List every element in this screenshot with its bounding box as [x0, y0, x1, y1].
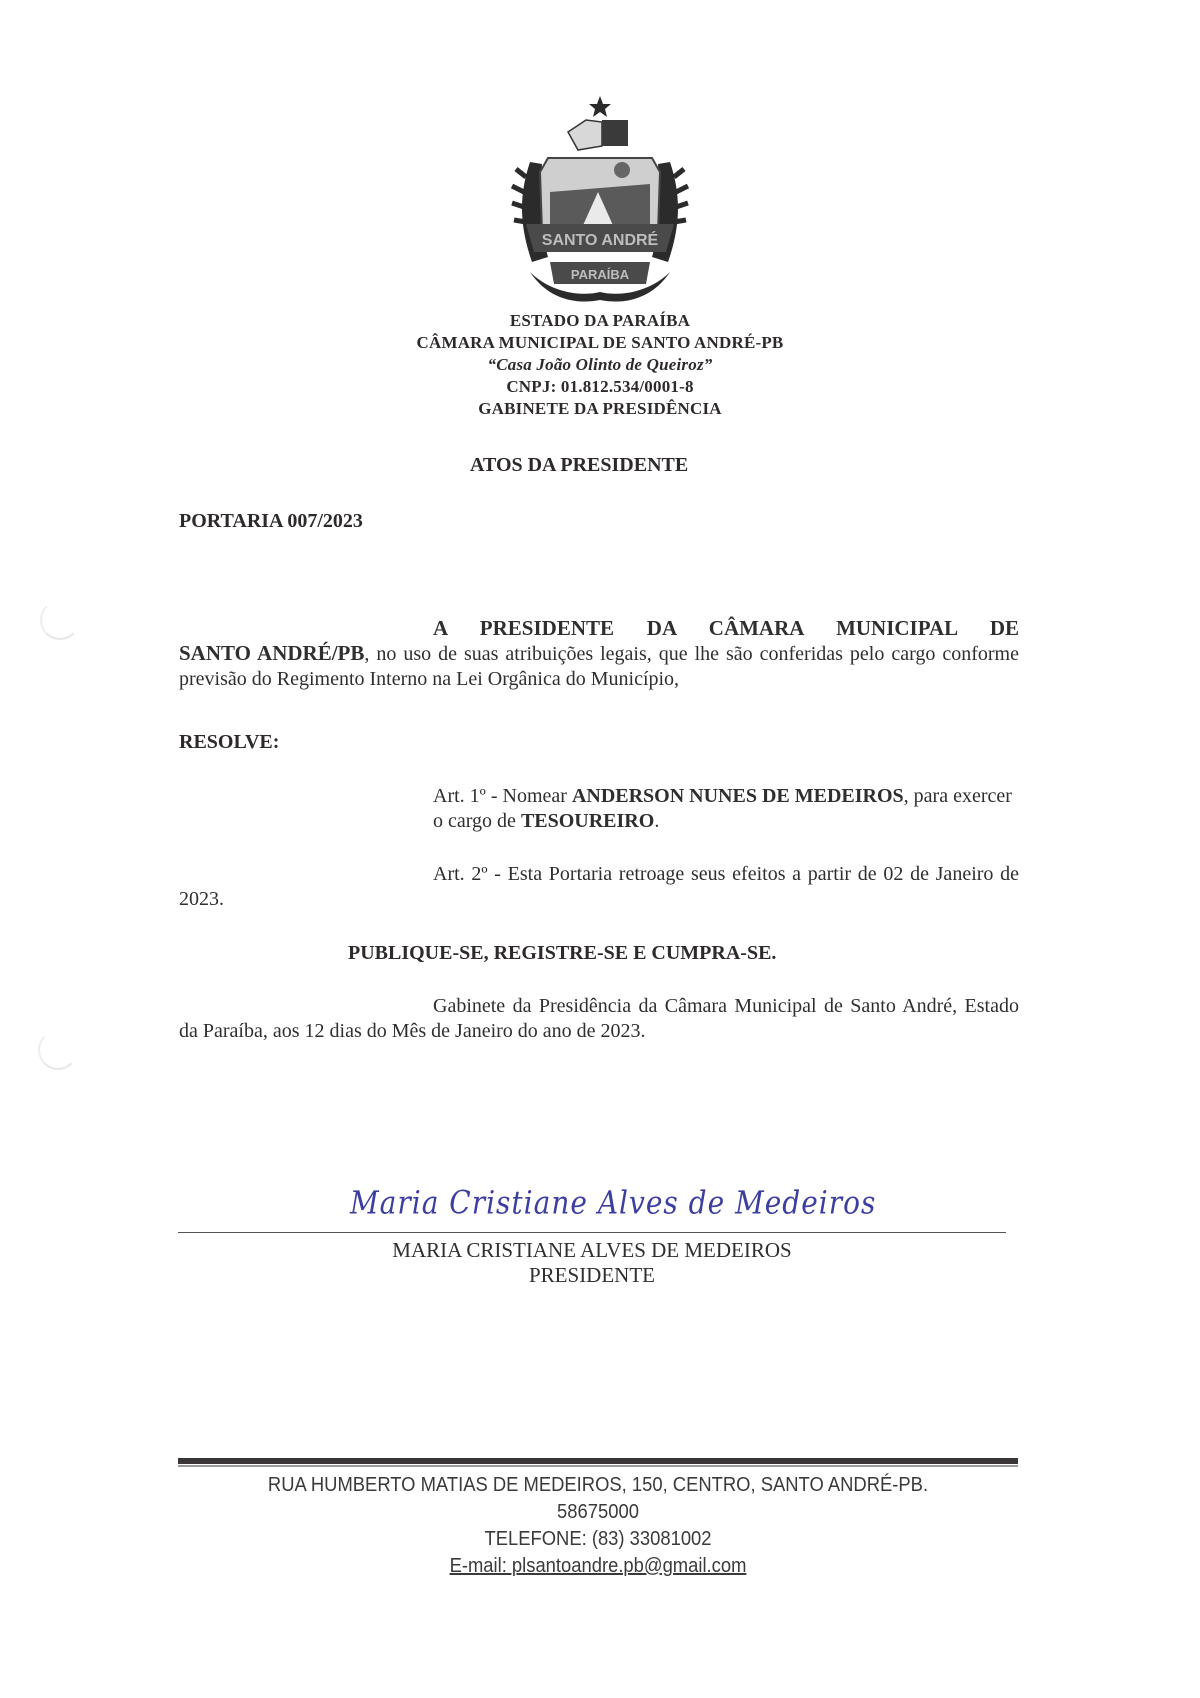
footer-divider — [178, 1458, 1018, 1464]
office-name: GABINETE DA PRESIDÊNCIA — [0, 398, 1200, 420]
art1-suffix: . — [654, 810, 659, 832]
art1-prefix: Art. 1º - Nomear — [433, 785, 572, 807]
handwritten-signature: Maria Cristiane Alves de Medeiros — [350, 1184, 876, 1222]
punch-hole-mark — [38, 1030, 78, 1070]
footer-email-link[interactable]: E-mail: plsantoandre.pb@gmail.com — [212, 1553, 985, 1580]
portaria-number: PORTARIA 007/2023 — [179, 510, 363, 533]
svg-text:SANTO ANDRÉ: SANTO ANDRÉ — [542, 230, 659, 249]
section-title: ATOS DA PRESIDENTE — [470, 454, 688, 477]
footer-cep: 58675000 — [212, 1499, 985, 1526]
cnpj: CNPJ: 01.812.534/0001-8 — [0, 376, 1200, 398]
house-name: “Casa João Olinto de Queiroz” — [0, 354, 1200, 376]
signatory-title: PRESIDENTE — [178, 1263, 1006, 1288]
signature-line — [178, 1232, 1006, 1233]
article-1: Art. 1º - Nomear ANDERSON NUNES DE MEDEI… — [179, 784, 1019, 834]
intro-lead-cont: SANTO ANDRÉ/PB — [179, 641, 364, 665]
appointee-name: ANDERSON NUNES DE MEDEIROS — [572, 785, 904, 807]
resolve-heading: RESOLVE: — [179, 731, 279, 754]
footer-phone: TELEFONE: (83) 33081002 — [212, 1526, 985, 1553]
publish-statement: PUBLIQUE-SE, REGISTRE-SE E CUMPRA-SE. — [348, 942, 776, 965]
article-2: Art. 2º - Esta Portaria retroage seus ef… — [179, 862, 1019, 912]
intro-paragraph: A PRESIDENTE DA CÂMARA MUNICIPAL DE SANT… — [179, 616, 1019, 692]
state-name: ESTADO DA PARAÍBA — [0, 310, 1200, 332]
intro-lead: A PRESIDENTE DA CÂMARA MUNICIPAL DE — [179, 616, 1019, 641]
footer-divider-thin — [178, 1465, 1018, 1467]
letterhead: ESTADO DA PARAÍBA CÂMARA MUNICIPAL DE SA… — [0, 310, 1200, 420]
chamber-name: CÂMARA MUNICIPAL DE SANTO ANDRÉ-PB — [0, 332, 1200, 354]
footer-contact: RUA HUMBERTO MATIAS DE MEDEIROS, 150, CE… — [212, 1472, 985, 1580]
closing-paragraph: Gabinete da Presidência da Câmara Munici… — [179, 994, 1019, 1044]
svg-text:PARAÍBA: PARAÍBA — [571, 267, 630, 282]
punch-hole-mark — [40, 600, 80, 640]
footer-address: RUA HUMBERTO MATIAS DE MEDEIROS, 150, CE… — [212, 1472, 985, 1499]
coat-of-arms-icon: SANTO ANDRÉ PARAÍBA — [490, 92, 710, 307]
appointed-role: TESOUREIRO — [521, 810, 654, 832]
signatory-block: MARIA CRISTIANE ALVES DE MEDEIROS PRESID… — [178, 1238, 1006, 1288]
signatory-name: MARIA CRISTIANE ALVES DE MEDEIROS — [178, 1238, 1006, 1263]
